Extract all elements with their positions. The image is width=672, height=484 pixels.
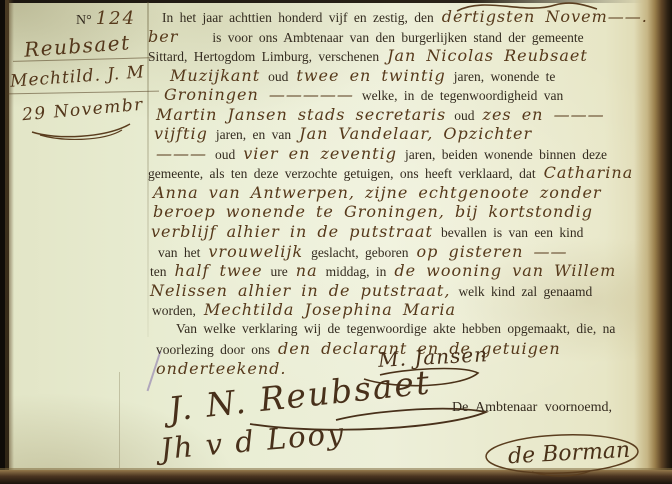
handwritten-text: dertigsten Novem——. — [442, 7, 648, 26]
margin-surname: Reubsaet — [23, 30, 131, 61]
act-text-line: Muzijkantoudtwee en twintigjaren, wonend… — [148, 66, 660, 86]
printed-text: bevallen is van een kind — [441, 225, 583, 240]
handwritten-text: onderteekend. — [156, 359, 286, 378]
printed-text: middag, in — [326, 264, 387, 279]
handwritten-text: Muzijkant — [170, 66, 260, 85]
handwritten-text: Jan Vandelaar, Opzichter — [299, 124, 532, 143]
printed-text: oud — [215, 147, 235, 162]
margin-rule — [7, 91, 159, 95]
handwritten-text: beroep wonende te Groningen, bij kortsto… — [153, 202, 593, 221]
act-number-value: 124 — [96, 8, 136, 29]
printed-text: jaren, wonende te — [454, 69, 556, 84]
margin-flourish — [26, 118, 138, 140]
act-text-line: Nelissen alhier in de putstraat,welk kin… — [148, 281, 660, 301]
act-text-line: In het jaar achttien honderd vijf en zes… — [148, 7, 660, 27]
act-text-line: Sittard, Hertogdom Limburg, verschenenJa… — [148, 46, 660, 66]
handwritten-text: ——— — [156, 144, 207, 163]
act-text-line: beroep wonende te Groningen, bij kortsto… — [148, 202, 660, 222]
handwritten-text: Anna van Antwerpen, zijne echtgenoote zo… — [153, 183, 602, 202]
printed-text: worden, — [152, 303, 196, 318]
printed-text: welk kind zal genaamd — [458, 284, 592, 299]
handwritten-text: vier en zeventig — [243, 144, 397, 163]
printed-text: ten — [150, 264, 167, 279]
act-text-line: gemeente, als ten deze verzochte getuige… — [148, 163, 660, 183]
handwritten-text: Catharina — [544, 163, 634, 182]
act-text-line: vijftigjaren, en vanJan Vandelaar, Opzic… — [148, 124, 660, 144]
act-number: N° 124 — [76, 8, 136, 29]
act-text-line: Anna van Antwerpen, zijne echtgenoote zo… — [148, 183, 660, 203]
margin-child-name: Mechtild. J. M — [9, 62, 145, 91]
page-crease-lower — [119, 372, 120, 468]
printed-text: Van welke verklaring wij de tegenwoordig… — [176, 321, 615, 336]
handwritten-text: verblijf alhier in de putstraat — [151, 222, 433, 241]
act-text-line: Van welke verklaring wij de tegenwoordig… — [148, 320, 660, 340]
act-text-line: Martin Jansen stads secretarisoudzes en … — [148, 105, 660, 125]
handwritten-text: twee en twintig — [296, 66, 445, 85]
printed-text: geslacht, geboren — [311, 245, 408, 260]
handwritten-text: Nelissen alhier in de putstraat, — [150, 281, 450, 300]
document-scan: N° 124 Reubsaet Mechtild. J. M 29 Novemb… — [0, 0, 672, 484]
act-text-line: beris voor ons Ambtenaar van den burgerl… — [148, 27, 660, 47]
handwritten-text: ber — [148, 27, 178, 46]
printed-text: jaren, beiden wonende binnen deze — [405, 147, 607, 162]
printed-text: is voor ons Ambtenaar van den burgerlijk… — [212, 30, 583, 45]
handwritten-text: zes en ——— — [483, 105, 605, 124]
handwritten-text: half twee — [175, 261, 263, 280]
handwritten-text: Groningen ————— — [164, 85, 354, 104]
printed-text: oud — [268, 69, 288, 84]
printed-text: voorlezing door ons — [156, 342, 270, 357]
handwritten-text: vijftig — [154, 124, 208, 143]
handwritten-text: op gisteren —— — [417, 242, 568, 261]
handwritten-text: na — [296, 261, 318, 280]
act-text-line: van hetvrouwelijkgeslacht, geborenop gis… — [148, 242, 660, 262]
handwritten-text: Mechtilda Josephina Maria — [204, 300, 456, 319]
printed-text: jaren, en van — [216, 127, 291, 142]
handwritten-text: de wooning van Willem — [394, 261, 616, 280]
printed-text: oud — [454, 108, 474, 123]
handwritten-text: vrouwelijk — [208, 242, 303, 261]
printed-text: gemeente, als ten deze verzochte getuige… — [148, 166, 536, 181]
act-text-line: Groningen —————welke, in de tegenwoordig… — [148, 85, 660, 105]
official-title-label: De Ambtenaar voornoemd, — [452, 400, 612, 416]
act-number-label: N° — [76, 13, 92, 28]
act-body-text: In het jaar achttien honderd vijf en zes… — [148, 7, 660, 378]
act-text-line: tenhalf tweeurenamiddag, inde wooning va… — [148, 261, 660, 281]
handwritten-text: Jan Nicolas Reubsaet — [387, 46, 588, 65]
handwritten-text: Martin Jansen stads secretaris — [156, 105, 446, 124]
printed-text: van het — [158, 245, 200, 260]
act-text-line: verblijf alhier in de putstraatbevallen … — [148, 222, 660, 242]
printed-text: In het jaar achttien honderd vijf en zes… — [162, 10, 434, 25]
act-text-line: ———oudvier en zeventigjaren, beiden wone… — [148, 144, 660, 164]
official-signature-block: de Borman — [482, 430, 644, 480]
act-text-line: worden,Mechtilda Josephina Maria — [148, 300, 660, 320]
printed-text: Sittard, Hertogdom Limburg, verschenen — [148, 49, 379, 64]
printed-text: ure — [271, 264, 288, 279]
printed-text: welke, in de tegenwoordigheid van — [362, 88, 563, 103]
